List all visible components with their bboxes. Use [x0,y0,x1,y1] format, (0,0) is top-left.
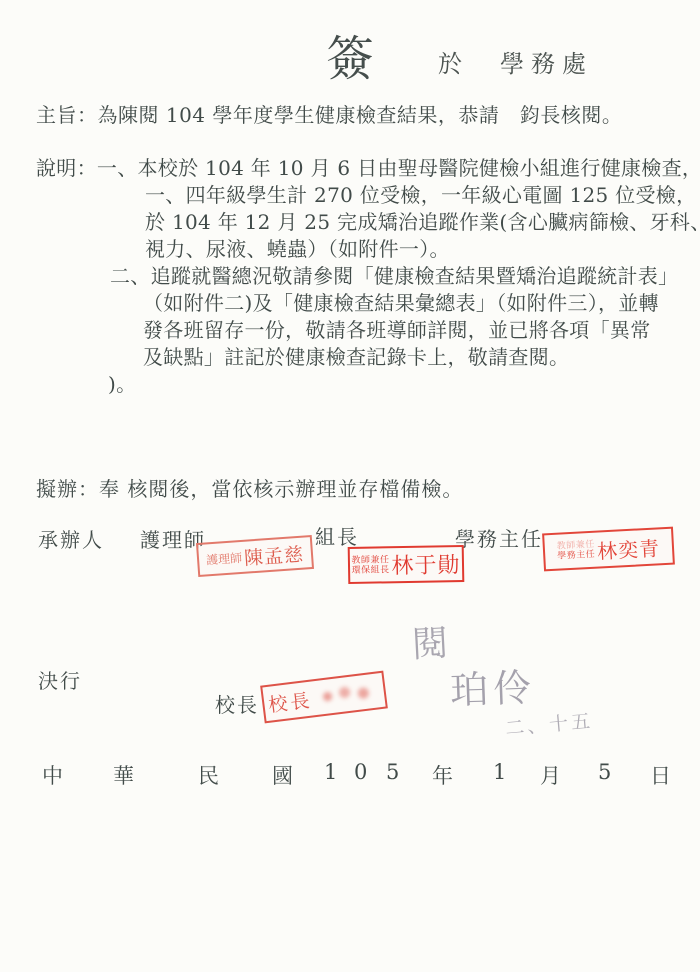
nurse-name-stamp: 護理師 陳孟慈 [196,535,314,577]
date-row: 中華民國105年1月5日 [0,760,700,790]
date-char: 年 [432,760,453,790]
principal-name-stamp: 校長 [260,671,388,724]
description-line: 視力、尿液、蟯蟲）（如附件一）。 [0,236,686,263]
date-char: 1 [324,760,337,784]
description-line: )。 [0,371,686,398]
date-char: 月 [540,760,561,790]
principal-stamp-title: 校長 [267,685,314,717]
date-char: 華 [113,760,134,790]
chief-stamp-title-1: 教師兼任 [351,555,389,566]
chief-stamp-name: 林于勛 [391,548,461,580]
director-stamp-title-2: 學務主任 [557,550,595,562]
director-stamp-title-1: 教師兼任 [557,540,595,552]
date-char: 民 [198,760,219,790]
proposal-line: 擬辦：奉 核閱後，當依核示辦理並存檔備檢。 [36,473,680,502]
date-char: 國 [272,760,293,790]
label-section-chief: 組長 [315,521,359,550]
date-char: 1 [493,760,506,784]
label-decision: 決行 [38,665,82,694]
description-line: 說明：一、本校於 104 年 10 月 6 日由聖母醫院健檢小組進行健康檢查， [0,155,686,182]
director-stamp-titles: 教師兼任 學務主任 [557,540,596,562]
chief-stamp-titles: 教師兼任 環保組長 [351,555,389,576]
label-undertaker: 承辦人 [38,524,104,553]
memo-page: 簽 於 學務處 主旨：為陳閱 104 學年度學生健康檢查結果，恭請 鈞長核閱。 … [0,0,700,972]
director-name-stamp: 教師兼任 學務主任 林奕青 [542,527,675,572]
label-principal: 校長 [215,689,259,718]
memo-title-office: 於 學務處 [438,44,593,79]
nurse-stamp-title: 護理師 [206,548,243,567]
description-line: 於 104 年 12 月 25 完成矯治追蹤作業(含心臟病篩檢、牙科、 [0,209,686,236]
handwritten-read-mark: 閱 [411,615,450,668]
description-line: 及缺點」註記於健康檢查記錄卡上，敬請查閱。 [0,344,686,371]
date-char: 中 [42,760,63,790]
description-block: 說明：一、本校於 104 年 10 月 6 日由聖母醫院健檢小組進行健康檢查，一… [0,155,686,398]
date-char: 5 [386,760,399,784]
description-line: 一、四年級學生計 270 位受檢，一年級心電圖 125 位受檢， [0,182,686,209]
nurse-stamp-name: 陳孟慈 [243,539,305,570]
description-line: 二、追蹤就醫總況敬請參閱「健康檢查結果暨矯治追蹤統計表」 [0,263,686,290]
date-char: 日 [650,760,671,790]
memo-title: 簽 [326,20,376,89]
description-line: 發各班留存一份，敬請各班導師詳閱，並已將各項「異常 [0,317,686,344]
principal-stamp-illegible-name [315,681,375,708]
subject-line: 主旨：為陳閱 104 學年度學生健康檢查結果，恭請 鈞長核閱。 [36,101,680,129]
handwritten-signature: 珀伶 [449,657,537,715]
chief-stamp-title-2: 環保組長 [351,565,389,576]
label-student-affairs-director: 學務主任 [455,523,543,552]
date-char: 5 [598,760,611,784]
date-char: 0 [354,760,367,784]
section-chief-name-stamp: 教師兼任 環保組長 林于勛 [348,545,465,584]
description-line: （如附件二)及「健康檢查結果彙總表」（如附件三），並轉 [0,290,686,317]
director-stamp-name: 林奕青 [596,532,660,564]
